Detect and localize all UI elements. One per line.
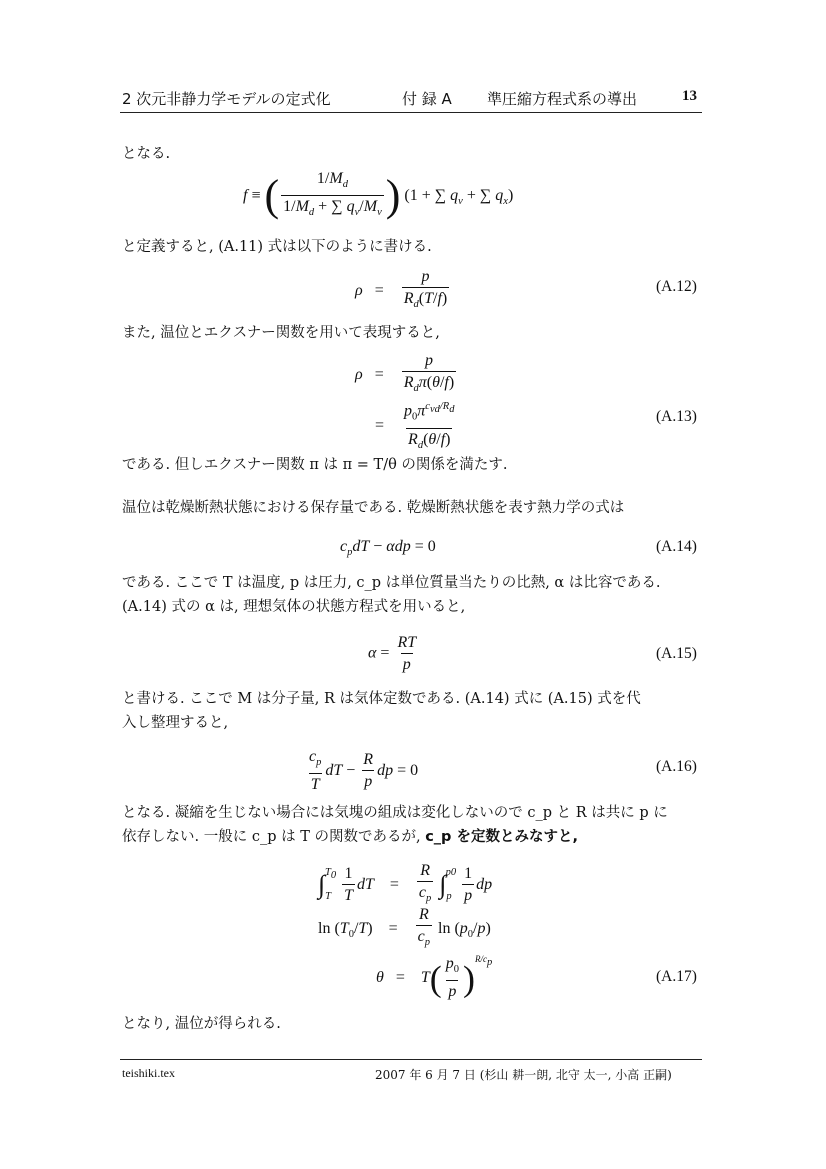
equation-label-a17: (A.17) [656, 968, 697, 986]
paragraph-1: となる. [122, 143, 170, 165]
paragraph-4: である. 但しエクスナー関数 π は π = T/θ の関係を満たす. [122, 454, 508, 476]
header-rule [120, 112, 702, 113]
header-chapter-title: 2 次元非静力学モデルの定式化 [122, 88, 331, 109]
equation-label-a12: (A.12) [656, 278, 697, 296]
paragraph-7-line-1: と書ける. ここで M は分子量, R は気体定数である. (A.14) 式に … [122, 688, 641, 710]
paragraph-6-line-2: (A.14) 式の α は, 理想気体の状態方程式を用いると, [122, 596, 465, 618]
equation-a17-line3: θ = T(p0p)R/cp [376, 954, 492, 1001]
equation-a17-line1: ∫TT0 1TdT = Rcp ∫pp0 1pdp [318, 862, 492, 908]
document-page: 2 次元非静力学モデルの定式化 付 録 A 準圧縮方程式系の導出 13 となる.… [0, 0, 826, 1169]
equation-a13-line1: ρ = pRdπ(θ/f) [355, 352, 458, 398]
header-appendix-label: 付 録 A [402, 88, 452, 109]
paragraph-7-line-2: 入し整理すると, [122, 712, 228, 734]
equation-a13-line2: = p0πcvd/RdRd(θ/f) [375, 398, 458, 455]
footer-filename: teishiki.tex [122, 1066, 175, 1081]
equation-f-definition: f ≡ (1/Md1/Md + ∑ qv/Mv) (1 + ∑ qv + ∑ q… [243, 170, 513, 222]
paragraph-8-line-1: となる. 凝縮を生じない場合には気塊の組成は変化しないので c_p と R は共… [122, 802, 668, 824]
paragraph-8-line-2-text: 依存しない. 一般に c_p は T の関数であるが, [122, 829, 425, 845]
paragraph-8-line-2: 依存しない. 一般に c_p は T の関数であるが, c_p を定数とみなすと… [122, 826, 578, 848]
footer-rule [120, 1059, 702, 1060]
equation-label-a15: (A.15) [656, 645, 697, 663]
equation-a12: ρ = pRd(T/f) [355, 268, 451, 314]
equation-a14: cpdT − αdp = 0 [340, 538, 436, 558]
equation-label-a16: (A.16) [656, 758, 697, 776]
equation-label-a13: (A.13) [656, 408, 697, 426]
paragraph-6-line-1: である. ここで T は温度, p は圧力, c_p は単位質量当たりの比熱, … [122, 572, 660, 594]
header-appendix-title: 準圧縮方程式系の導出 [487, 88, 637, 109]
paragraph-3: また, 温位とエクスナー関数を用いて表現すると, [122, 322, 440, 344]
equation-a17-line2: ln (T0/T) = Rcp ln (p0/p) [318, 906, 491, 952]
header-page-number: 13 [682, 88, 697, 105]
paragraph-2: と定義すると, (A.11) 式は以下のように書ける. [122, 236, 432, 258]
equation-a15: α = RTp [368, 634, 420, 674]
footer-date-authors: 2007 年 6 月 7 日 (杉山 耕一朗, 北守 太一, 小高 正嗣) [375, 1066, 672, 1083]
paragraph-8-line-2-bold: c_p を定数とみなすと, [425, 829, 578, 845]
equation-label-a14: (A.14) [656, 538, 697, 556]
paragraph-9: となり, 温位が得られる. [122, 1013, 281, 1035]
paragraph-5: 温位は乾燥断熱状態における保存量である. 乾燥断熱状態を表す熱力学の式は [122, 497, 624, 519]
equation-a16: cpTdT − Rpdp = 0 [305, 748, 418, 794]
